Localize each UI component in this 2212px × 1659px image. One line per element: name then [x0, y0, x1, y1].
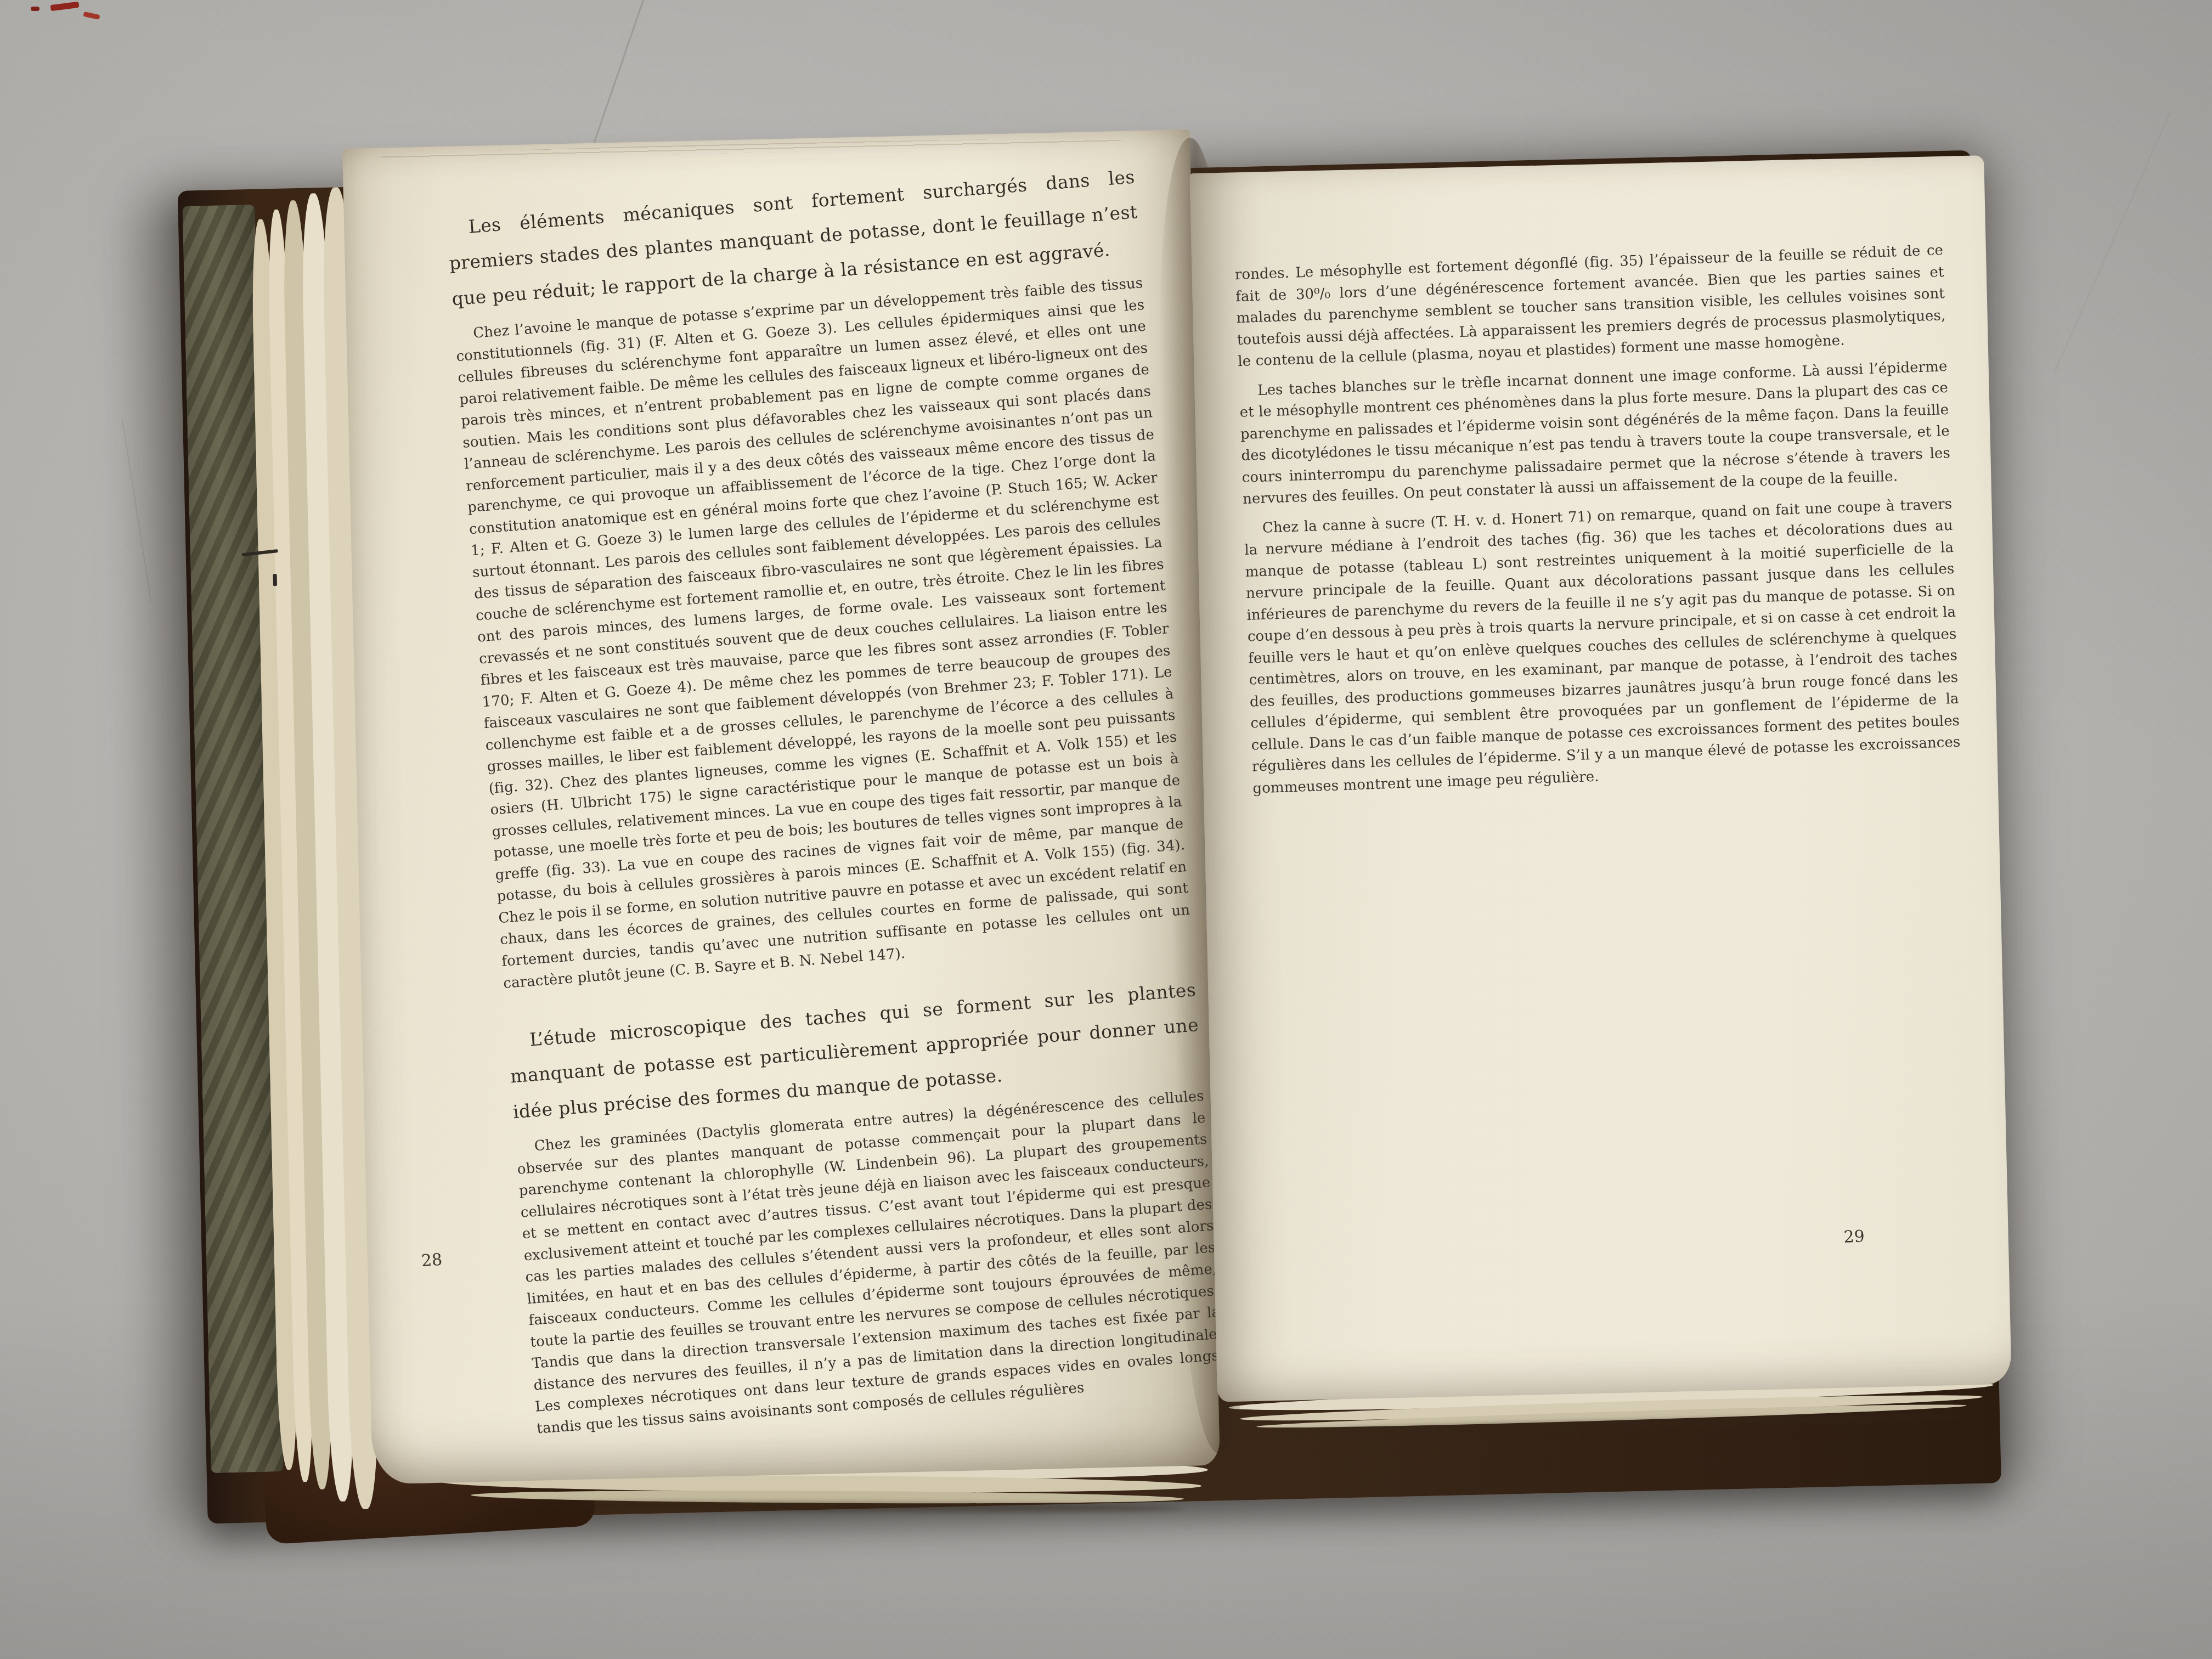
- table-surface: Les éléments mécaniques sont fortement s…: [0, 0, 2212, 1659]
- right-body-paragraph-3: Chez la canne à sucre (T. H. v. d. Honer…: [1243, 494, 1961, 800]
- left-body-paragraph-2: Chez les graminées (Dactylis glomerata e…: [515, 1086, 1226, 1440]
- left-page-text-block: Les éléments mécaniques sont fortement s…: [445, 160, 1226, 1440]
- open-book: Les éléments mécaniques sont fortement s…: [154, 72, 2051, 1562]
- red-paint-speck: [31, 7, 39, 11]
- right-body-paragraph-2: Les taches blanches sur le trèfle incarn…: [1239, 356, 1951, 511]
- red-paint-speck: [83, 12, 100, 20]
- right-page: rondes. Le mésophylle est fortement dégo…: [1189, 155, 2011, 1402]
- left-page: Les éléments mécaniques sont fortement s…: [342, 129, 1220, 1484]
- right-body-paragraph-1: rondes. Le mésophylle est fortement dégo…: [1234, 240, 1946, 373]
- left-page-number: 28: [421, 1250, 443, 1271]
- right-page-number: 29: [1843, 1227, 1865, 1246]
- surface-scratch: [2054, 111, 2171, 372]
- red-paint-speck: [50, 2, 80, 11]
- left-body-paragraph-1: Chez l’avoine le manque de potasse s’exp…: [454, 273, 1192, 995]
- right-page-text-block: rondes. Le mésophylle est fortement dégo…: [1234, 240, 1961, 800]
- stray-print-mark: [273, 574, 277, 586]
